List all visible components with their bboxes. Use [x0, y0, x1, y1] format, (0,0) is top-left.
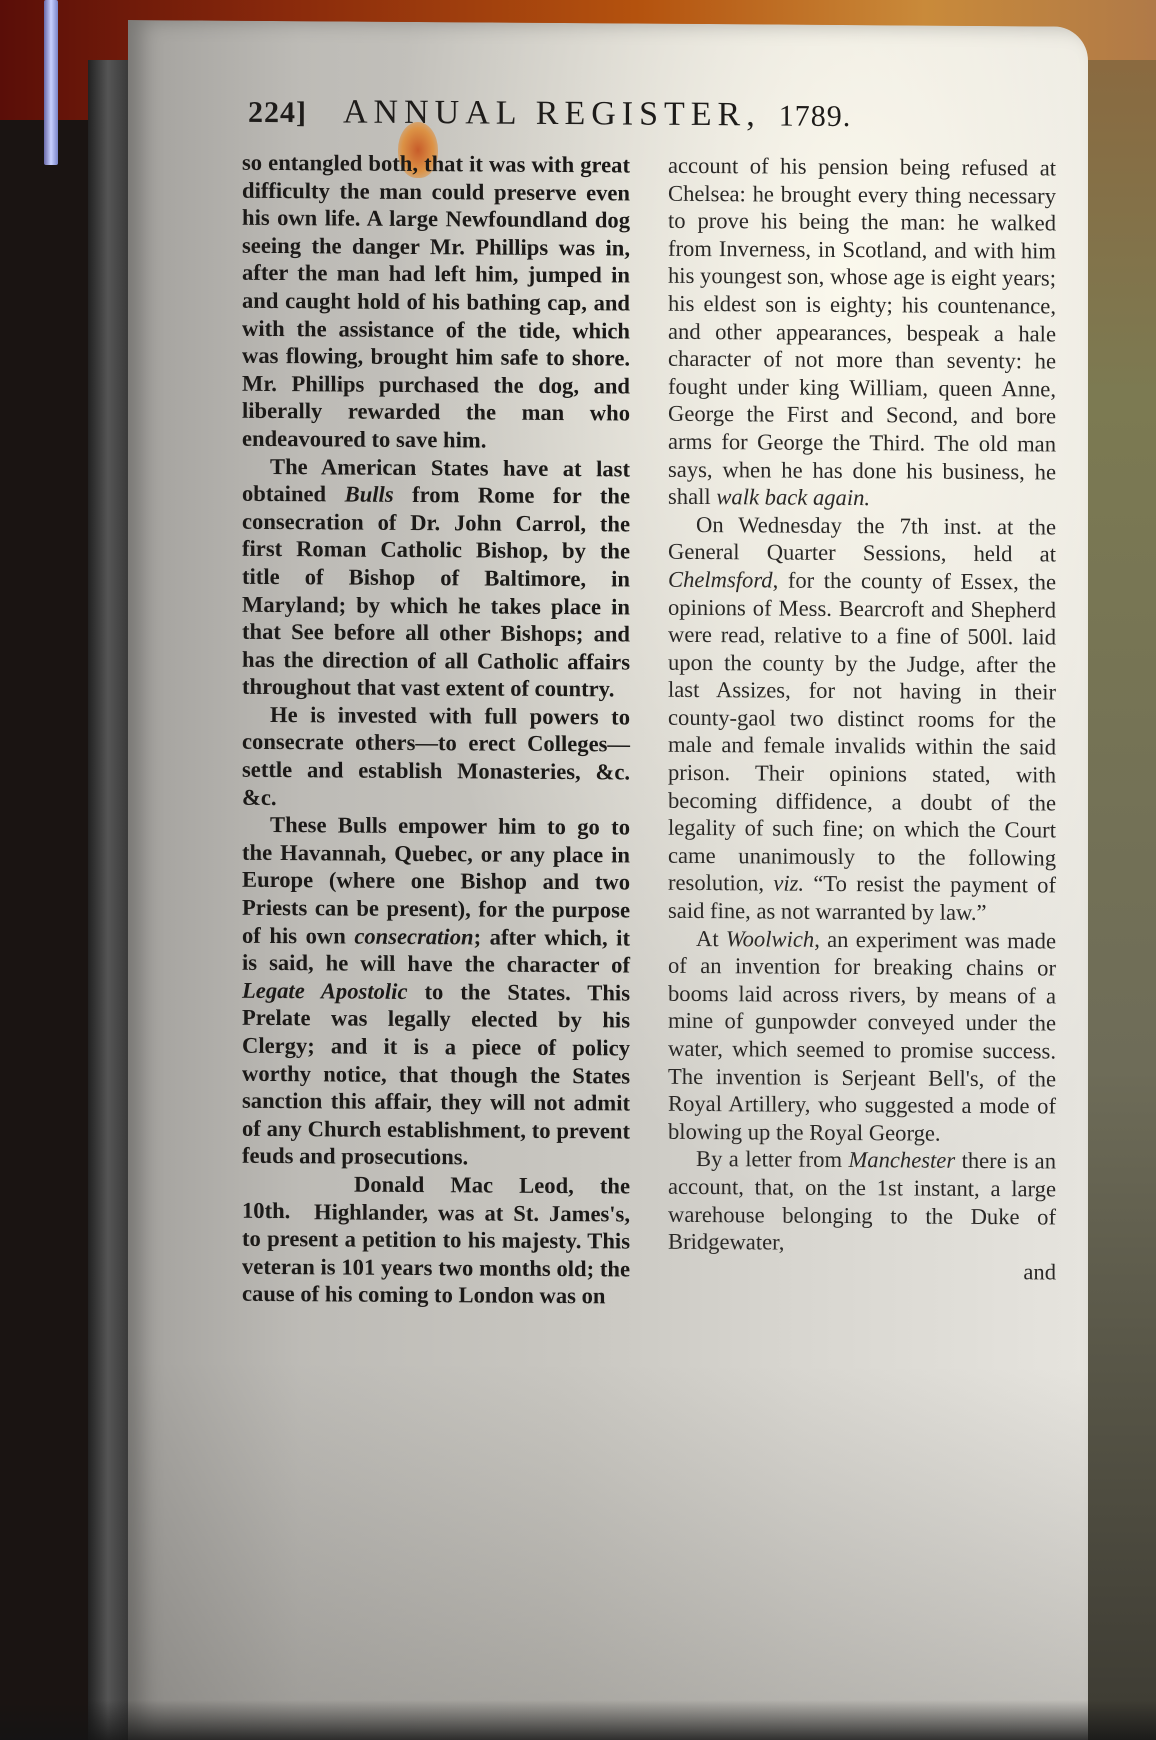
paragraph-woolwich-experiment: At Woolwich, an experiment was made of a… — [668, 924, 1056, 1147]
text: On Wednesday the 7th inst. at the Genera… — [668, 512, 1056, 567]
book-page: 224] ANNUAL REGISTER, 1789. so entangled… — [128, 20, 1088, 1740]
italic-text: consecration — [354, 923, 473, 949]
text: account of his pension being refused at … — [668, 153, 1056, 509]
paragraph-manchester-letter: By a letter from Manchester there is an … — [668, 1145, 1056, 1258]
text: to the States. This Prelate was legally … — [242, 979, 630, 1170]
paragraph-quarter-sessions: On Wednesday the 7th inst. at the Genera… — [668, 510, 1056, 927]
italic-text: Chelmsford — [668, 567, 773, 593]
text: At — [696, 926, 726, 951]
margin-date: 10th. — [242, 1197, 314, 1225]
italic-text: Manchester — [848, 1147, 955, 1173]
paragraph-pension-chelsea: account of his pension being refused at … — [668, 152, 1056, 513]
italic-text: Bulls — [345, 482, 394, 507]
background-light-strip — [44, 0, 58, 165]
header-year: 1789. — [779, 100, 852, 135]
paragraph-donald-macleod: 10th. Donald Mac Leod, the Highlander, w… — [242, 1170, 630, 1311]
text: Donald Mac Leod, the Highlander, was at … — [242, 1170, 630, 1311]
paragraph-invested-powers: He is invested with full powers to conse… — [242, 701, 630, 814]
italic-text: Woolwich — [726, 926, 814, 952]
text: By a letter from — [696, 1146, 848, 1172]
book-cover-edge — [88, 60, 128, 1740]
background-book-edge — [1086, 60, 1156, 1740]
page-number: 224] — [248, 96, 307, 130]
paragraph-bulls-empower: These Bulls empower him to go to the Hav… — [242, 811, 630, 1172]
italic-text: walk back again. — [716, 484, 870, 510]
paragraph-american-bulls: The American States have at last obtaine… — [242, 452, 630, 703]
left-column: so entangled both, that it was with grea… — [242, 149, 630, 1311]
paragraph-newfoundland-dog: so entangled both, that it was with grea… — [242, 149, 630, 455]
right-column: account of his pension being refused at … — [668, 152, 1056, 1286]
text: from Rome for the consecration of Dr. Jo… — [242, 482, 630, 702]
text: , an experiment was made of an invention… — [668, 926, 1056, 1145]
bottom-shadow — [0, 1700, 1156, 1740]
page-header: 224] ANNUAL REGISTER, 1789. — [248, 93, 1008, 148]
text: , for the county of Essex, the opinions … — [668, 567, 1056, 896]
running-title: ANNUAL REGISTER, — [343, 94, 761, 135]
italic-text: viz. — [773, 871, 804, 896]
italic-text: Legate Apostolic — [242, 978, 407, 1004]
catchword: and — [668, 1256, 1056, 1286]
text: Donald Mac Leod, the Highlander, was at … — [242, 1172, 630, 1309]
